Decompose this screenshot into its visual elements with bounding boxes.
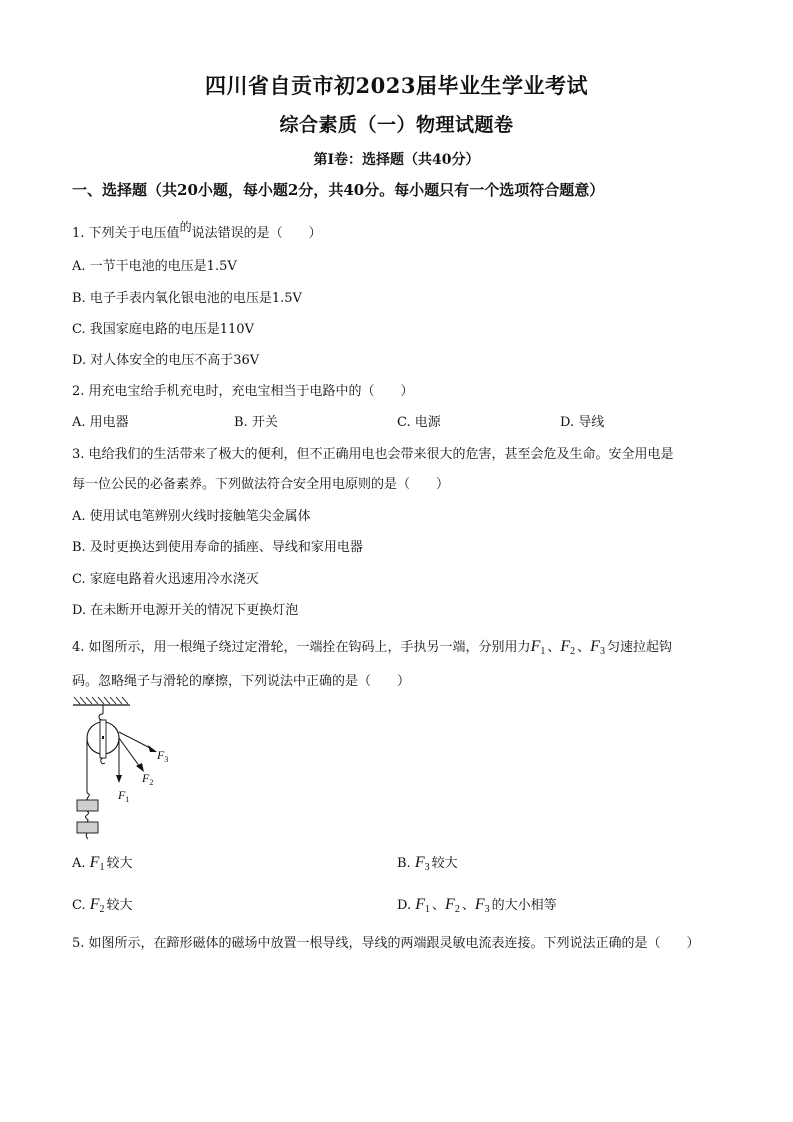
question-2-option-c[interactable]: C. 电源 [397, 411, 441, 430]
question-1-stem: 1. 下列关于电压值的说法错误的是（ ） [72, 222, 322, 241]
label-f3: F3 [156, 748, 168, 764]
question-1-option-c[interactable]: C. 我国家庭电路的电压是110V [72, 318, 254, 337]
exam-title: 四川省自贡市初2023届毕业生学业考试 [0, 70, 793, 100]
question-5-stem: 5. 如图所示，在蹄形磁体的磁场中放置一根导线，导线的两端跟灵敏电流表连接。下列… [72, 932, 700, 951]
question-1-option-b[interactable]: B. 电子手表内氧化银电池的电压是1.5V [72, 287, 302, 306]
exam-subtitle: 综合素质（一）物理试题卷 [0, 110, 793, 137]
part-heading: 第I卷：选择题（共40分） [0, 149, 793, 169]
question-4-option-d[interactable]: D. F1、F2、F3的大小相等 [397, 894, 557, 914]
label-f1: F1 [117, 788, 129, 804]
question-4-stem-line1: 4. 如图所示，用一根绳子绕过定滑轮，一端拴在钩码上，手执另一端，分别用力F1、… [72, 636, 672, 656]
question-2-option-d[interactable]: D. 导线 [560, 411, 604, 430]
question-3-option-c[interactable]: C. 家庭电路着火迅速用冷水浇灭 [72, 568, 259, 587]
label-f2: F2 [141, 771, 153, 787]
question-4-stem-line2: 码。忽略绳子与滑轮的摩擦，下列说法中正确的是（ ） [72, 670, 410, 689]
question-3-option-a[interactable]: A. 使用试电笔辨别火线时接触笔尖金属体 [72, 505, 311, 524]
question-4-option-b[interactable]: B. F3较大 [397, 852, 458, 872]
question-1-option-a[interactable]: A. 一节干电池的电压是1.5V [72, 255, 237, 274]
question-2-option-a[interactable]: A. 用电器 [72, 411, 129, 430]
fixed-pulley-diagram: F1 F2 F3 [68, 695, 178, 845]
section-heading: 一、选择题（共20小题，每小题2分，共40分。每小题只有一个选项符合题意） [72, 179, 604, 200]
question-2-stem: 2. 用充电宝给手机充电时，充电宝相当于电路中的（ ） [72, 380, 414, 399]
question-3-option-b[interactable]: B. 及时更换达到使用寿命的插座、导线和家用电器 [72, 536, 363, 555]
question-3-stem-line1: 3. 电给我们的生活带来了极大的便利，但不正确用电也会带来很大的危害，甚至会危及… [72, 443, 674, 462]
question-4-option-a[interactable]: A. F1较大 [72, 852, 132, 872]
question-3-option-d[interactable]: D. 在未断开电源开关的情况下更换灯泡 [72, 599, 298, 618]
pulley-figure: F1 F2 F3 [68, 695, 178, 845]
question-3-stem-line2: 每一位公民的必备素养。下列做法符合安全用电原则的是（ ） [72, 473, 449, 492]
question-1-option-d[interactable]: D. 对人体安全的电压不高于36V [72, 349, 259, 368]
question-2-option-b[interactable]: B. 开关 [234, 411, 278, 430]
question-4-option-c[interactable]: C. F2较大 [72, 894, 133, 914]
